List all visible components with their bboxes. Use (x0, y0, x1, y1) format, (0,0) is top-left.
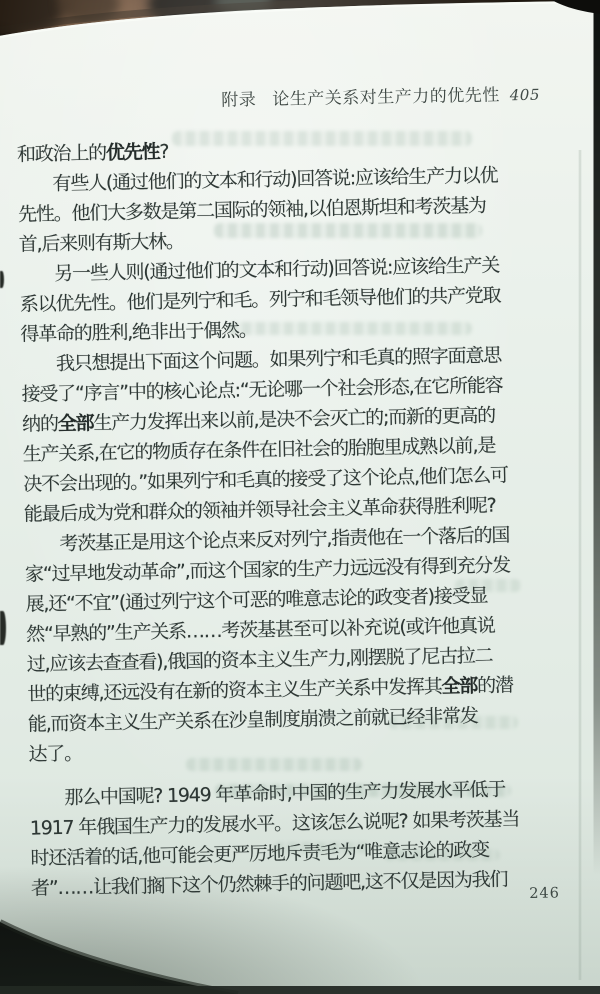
page-edge-nick (0, 271, 4, 288)
header-page-number: 405 (510, 86, 540, 105)
page-edge-nick (0, 611, 6, 645)
running-header: 附录论生产关系对生产力的优先性405 (16, 80, 540, 115)
header-section-label: 附录 (221, 90, 256, 111)
header-chapter-title: 论生产关系对生产力的优先性 (272, 85, 500, 109)
book-photo: 附录论生产关系对生产力的优先性405 和政治上的优先性?有些人(通过他们的文本和… (0, 0, 600, 994)
body-text: 和政治上的优先性?有些人(通过他们的文本和行动)回答说:应该给生产力以优先性。他… (17, 129, 592, 904)
printed-content: 附录论生产关系对生产力的优先性405 和政治上的优先性?有些人(通过他们的文本和… (0, 0, 600, 994)
folio-page-number: 246 (529, 885, 573, 902)
